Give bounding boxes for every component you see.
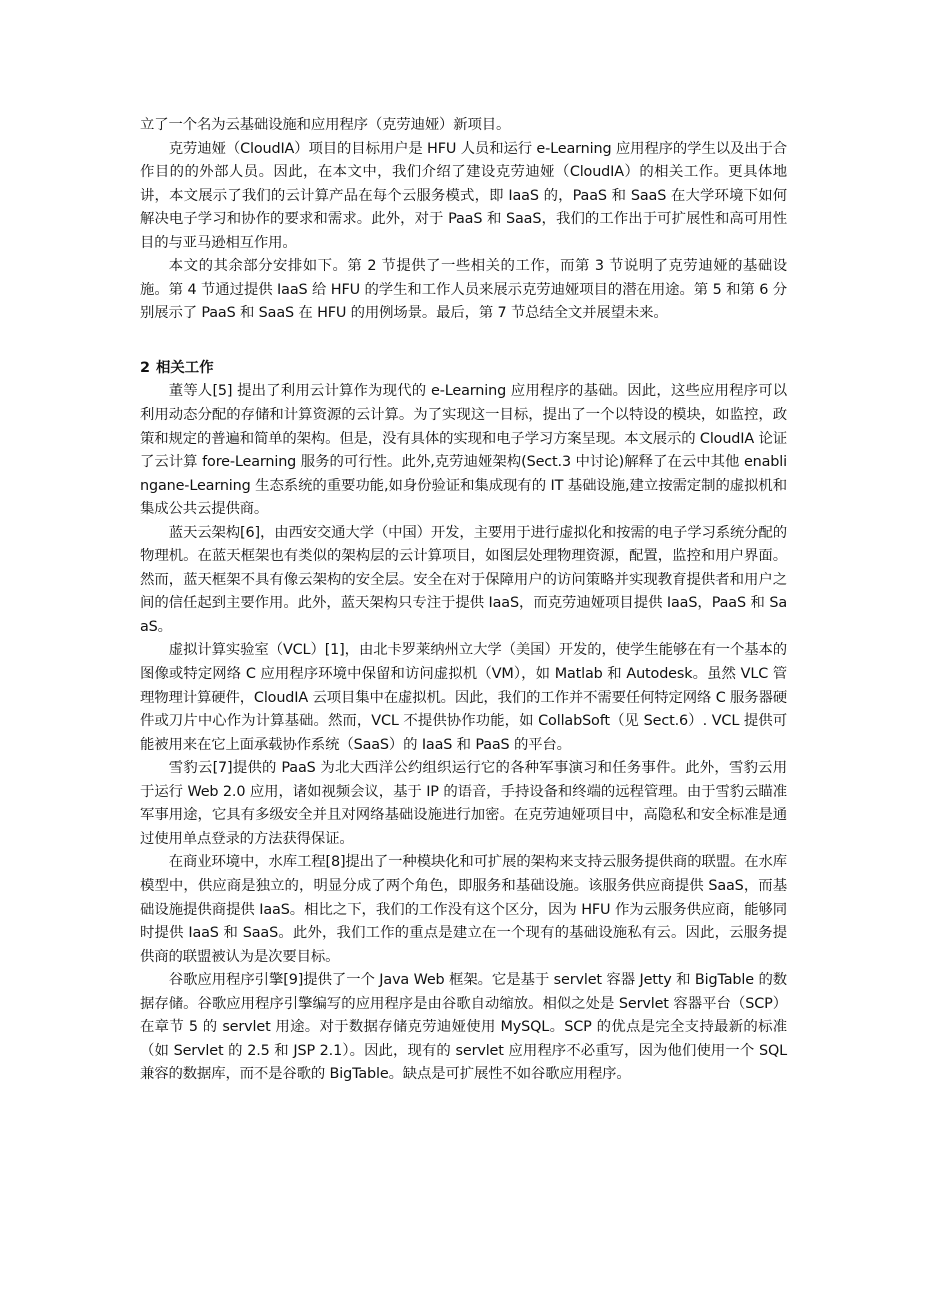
- related-work-paragraph-vcl: 虚拟计算实验室（VCL）[1]，由北卡罗莱纳州立大学（美国）开发的，使学生能够在…: [140, 639, 787, 757]
- document-page: 立了一个名为云基础设施和应用程序（克劳迪娅）新项目。 克劳迪娅（CloudIA）…: [140, 114, 787, 1087]
- intro-paragraph-continuation: 立了一个名为云基础设施和应用程序（克劳迪娅）新项目。: [140, 114, 787, 138]
- related-work-paragraph-bluesky: 蓝天云架构[6]，由西安交通大学（中国）开发，主要用于进行虚拟化和按需的电子学习…: [140, 522, 787, 640]
- intro-paragraph-target-users: 克劳迪娅（CloudIA）项目的目标用户是 HFU 人员和运行 e-Learni…: [140, 138, 787, 256]
- section-number: 2: [140, 360, 150, 376]
- section-title: 相关工作: [156, 360, 214, 376]
- intro-paragraph-outline: 本文的其余部分安排如下。第 2 节提供了一些相关的工作，而第 3 节说明了克劳迪…: [140, 255, 787, 326]
- section-heading: 2相关工作: [140, 357, 787, 381]
- related-work-paragraph-google-app-engine: 谷歌应用程序引擎[9]提供了一个 Java Web 框架。它是基于 servle…: [140, 969, 787, 1087]
- related-work-paragraph-snowleopard: 雪豹云[7]提供的 PaaS 为北大西洋公约组织运行它的各种军事演习和任务事件。…: [140, 757, 787, 851]
- related-work-paragraph-dong: 董等人[5] 提出了利用云计算作为现代的 e-Learning 应用程序的基础。…: [140, 380, 787, 521]
- related-work-paragraph-reservoir: 在商业环境中，水库工程[8]提出了一种模块化和可扩展的架构来支持云服务提供商的联…: [140, 851, 787, 969]
